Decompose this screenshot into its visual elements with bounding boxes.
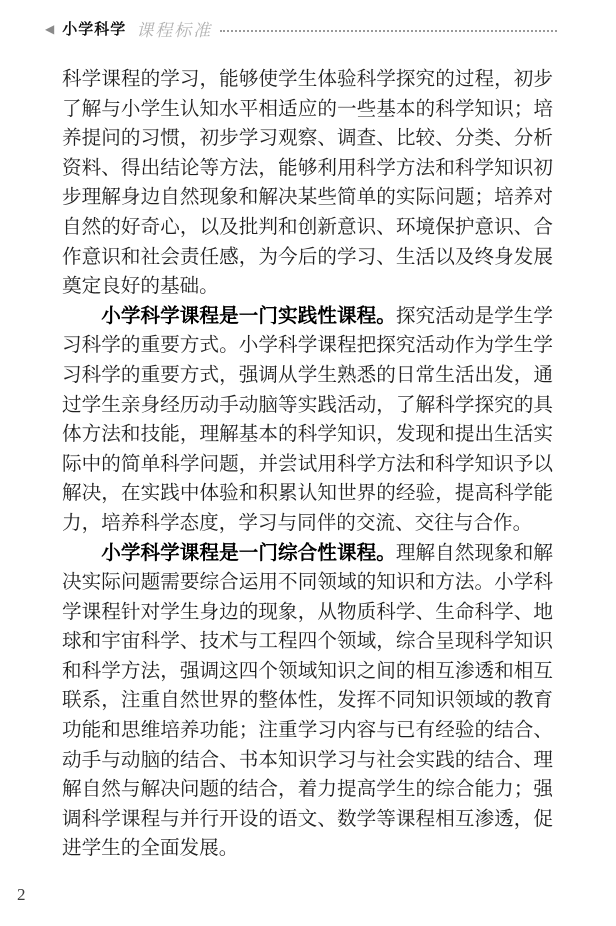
dotted-rule bbox=[220, 30, 557, 32]
series-title: 小学科学 bbox=[62, 18, 126, 39]
paragraph: 小学科学课程是一门综合性课程。理解自然现象和解决实际问题需要综合运用不同领域的知… bbox=[62, 539, 553, 865]
paragraph: 小学科学课程是一门实践性课程。探究活动是学生学习科学的重要方式。小学科学课程把探… bbox=[62, 302, 553, 539]
paragraph-lead: 小学科学课程是一门综合性课程。 bbox=[101, 542, 396, 564]
triangle-left-icon: ◀ bbox=[45, 23, 54, 35]
page-number: 2 bbox=[17, 885, 26, 905]
paragraph: 科学课程的学习，能够使学生体验科学探究的过程，初步了解与小学生认知水平相适应的一… bbox=[62, 65, 553, 302]
body-text: 科学课程的学习，能够使学生体验科学探究的过程，初步了解与小学生认知水平相适应的一… bbox=[62, 65, 553, 864]
page-subtitle: 课程标准 bbox=[136, 16, 212, 41]
running-head: ◀ 小学科学 课程标准 bbox=[45, 16, 557, 41]
paragraph-lead: 小学科学课程是一门实践性课程。 bbox=[101, 305, 396, 327]
book-page: ◀ 小学科学 课程标准 科学课程的学习，能够使学生体验科学探究的过程，初步了解与… bbox=[0, 0, 616, 926]
